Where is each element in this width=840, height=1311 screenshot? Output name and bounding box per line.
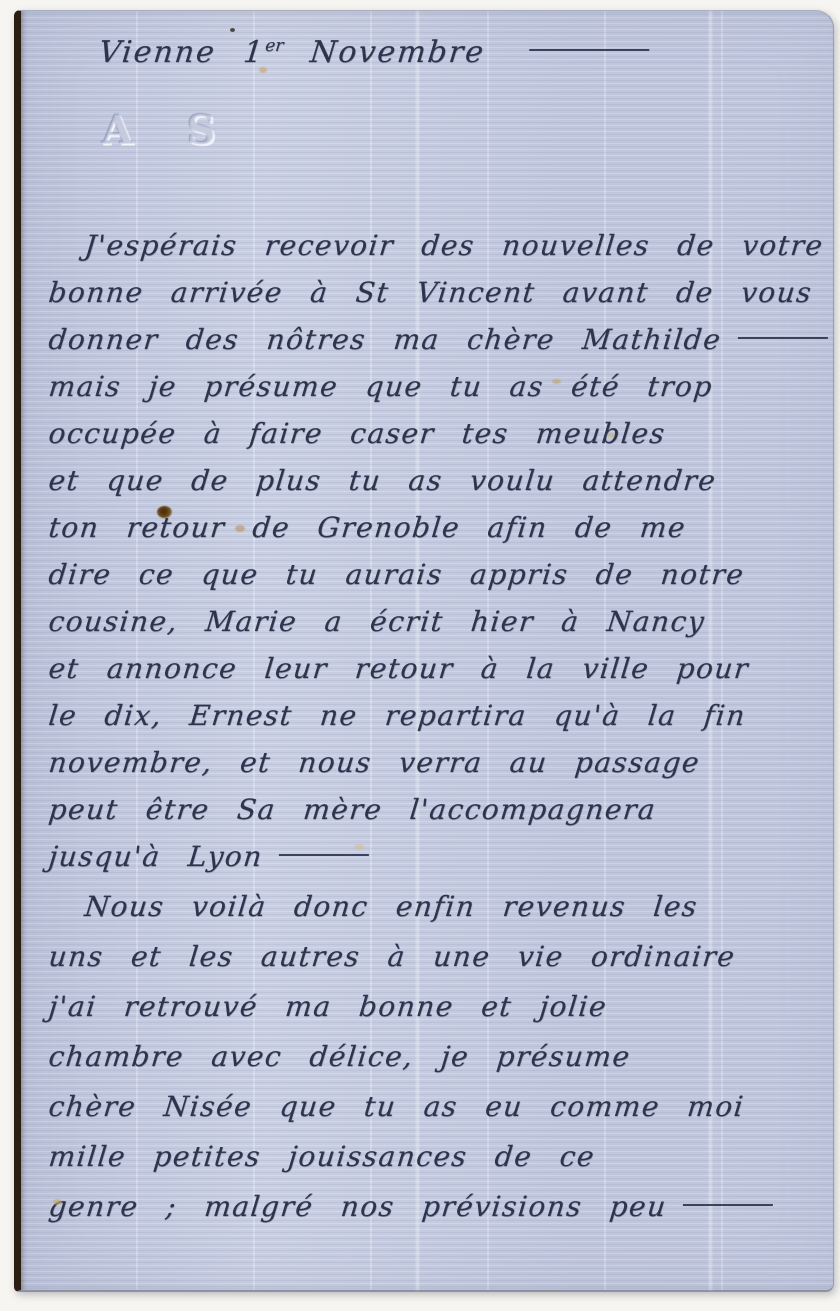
handwriting-line: uns et les autres à une vie ordinaire: [47, 940, 737, 973]
foxing-stain: [607, 433, 615, 438]
handwriting-text: chère Nisée que tu as eu comme moi: [47, 1090, 746, 1123]
handwriting-text: jusqu'à Lyon: [47, 840, 265, 873]
handwriting-line: chambre avec délice, je présume: [47, 1040, 632, 1073]
handwriting-text: mille petites jouissances de ce: [47, 1140, 597, 1173]
handwriting-line: le dix, Ernest ne repartira qu'à la fin: [47, 699, 748, 732]
handwriting-text: uns et les autres à une vie ordinaire: [47, 940, 737, 973]
handwriting-line: Nous voilà donc enfin revenus les: [83, 890, 700, 923]
handwriting-text: le dix, Ernest ne repartira qu'à la fin: [47, 699, 748, 732]
handwriting-line: jusqu'à Lyon: [47, 840, 371, 873]
foxing-stain: [552, 379, 561, 384]
handwriting-text: peut être Sa mère l'accompagnera: [47, 793, 658, 826]
handwriting-line: peut être Sa mère l'accompagnera: [47, 793, 658, 826]
handwriting-line: novembre, et nous verra au passage: [47, 746, 702, 779]
handwriting-line: et annonce leur retour à la ville pour: [47, 652, 751, 685]
handwriting-text: novembre, et nous verra au passage: [47, 746, 702, 779]
foxing-stain: [235, 525, 245, 532]
foxing-stain: [157, 506, 172, 518]
handwriting-line: mille petites jouissances de ce: [47, 1140, 597, 1173]
handwriting-line: chère Nisée que tu as eu comme moi: [47, 1090, 746, 1123]
handwriting-line: genre ; malgré nos prévisions peu: [47, 1190, 774, 1223]
handwriting-text: J'espérais recevoir des nouvelles de vot…: [83, 229, 825, 262]
handwriting-text: donner des nôtres ma chère Mathilde: [47, 323, 723, 356]
handwriting-line: j'ai retrouvé ma bonne et jolie: [47, 990, 609, 1023]
ink-flourish: [738, 337, 828, 339]
handwriting-text: occupée à faire caser tes meubles: [47, 417, 667, 450]
foxing-stain: [53, 1199, 62, 1205]
handwriting-line: mais je présume que tu as été trop: [47, 370, 715, 403]
ink-flourish: [279, 854, 369, 856]
handwriting-text: genre ; malgré nos prévisions peu: [47, 1190, 668, 1223]
handwriting-line: cousine, Marie a écrit hier à Nancy: [47, 605, 707, 638]
handwriting-text: Nous voilà donc enfin revenus les: [83, 890, 700, 923]
handwriting-line: bonne arrivée à St Vincent avant de vous: [47, 276, 814, 309]
handwriting-line: et que de plus tu as voulu attendre: [47, 464, 718, 497]
scan-background: Vienne 1er Novembre A S J'espérais recev…: [0, 0, 840, 1311]
handwriting-line: donner des nôtres ma chère Mathilde: [47, 323, 829, 356]
ink-speck: [230, 28, 235, 32]
handwriting-text: ton retour de Grenoble afin de me: [47, 511, 688, 544]
foxing-stain: [354, 844, 364, 850]
handwriting-text: chambre avec délice, je présume: [47, 1040, 632, 1073]
handwriting-line: occupée à faire caser tes meubles: [47, 417, 667, 450]
handwriting-text: bonne arrivée à St Vincent avant de vous: [47, 276, 814, 309]
letter-page: Vienne 1er Novembre A S J'espérais recev…: [14, 10, 834, 1292]
handwriting-line: J'espérais recevoir des nouvelles de vot…: [83, 229, 825, 262]
handwriting-line: ton retour de Grenoble afin de me: [47, 511, 688, 544]
handwriting-text: et annonce leur retour à la ville pour: [47, 652, 751, 685]
handwriting-text: cousine, Marie a écrit hier à Nancy: [47, 605, 707, 638]
foxing-stain: [259, 67, 267, 73]
handwriting-line: dire ce que tu aurais appris de notre: [47, 558, 746, 591]
handwriting-text: dire ce que tu aurais appris de notre: [47, 558, 746, 591]
handwriting-text: mais je présume que tu as été trop: [47, 370, 715, 403]
ink-flourish: [683, 1204, 773, 1206]
handwriting-text: j'ai retrouvé ma bonne et jolie: [47, 990, 609, 1023]
handwriting-text: et que de plus tu as voulu attendre: [47, 464, 718, 497]
letter-body: J'espérais recevoir des nouvelles de vot…: [21, 11, 833, 1290]
